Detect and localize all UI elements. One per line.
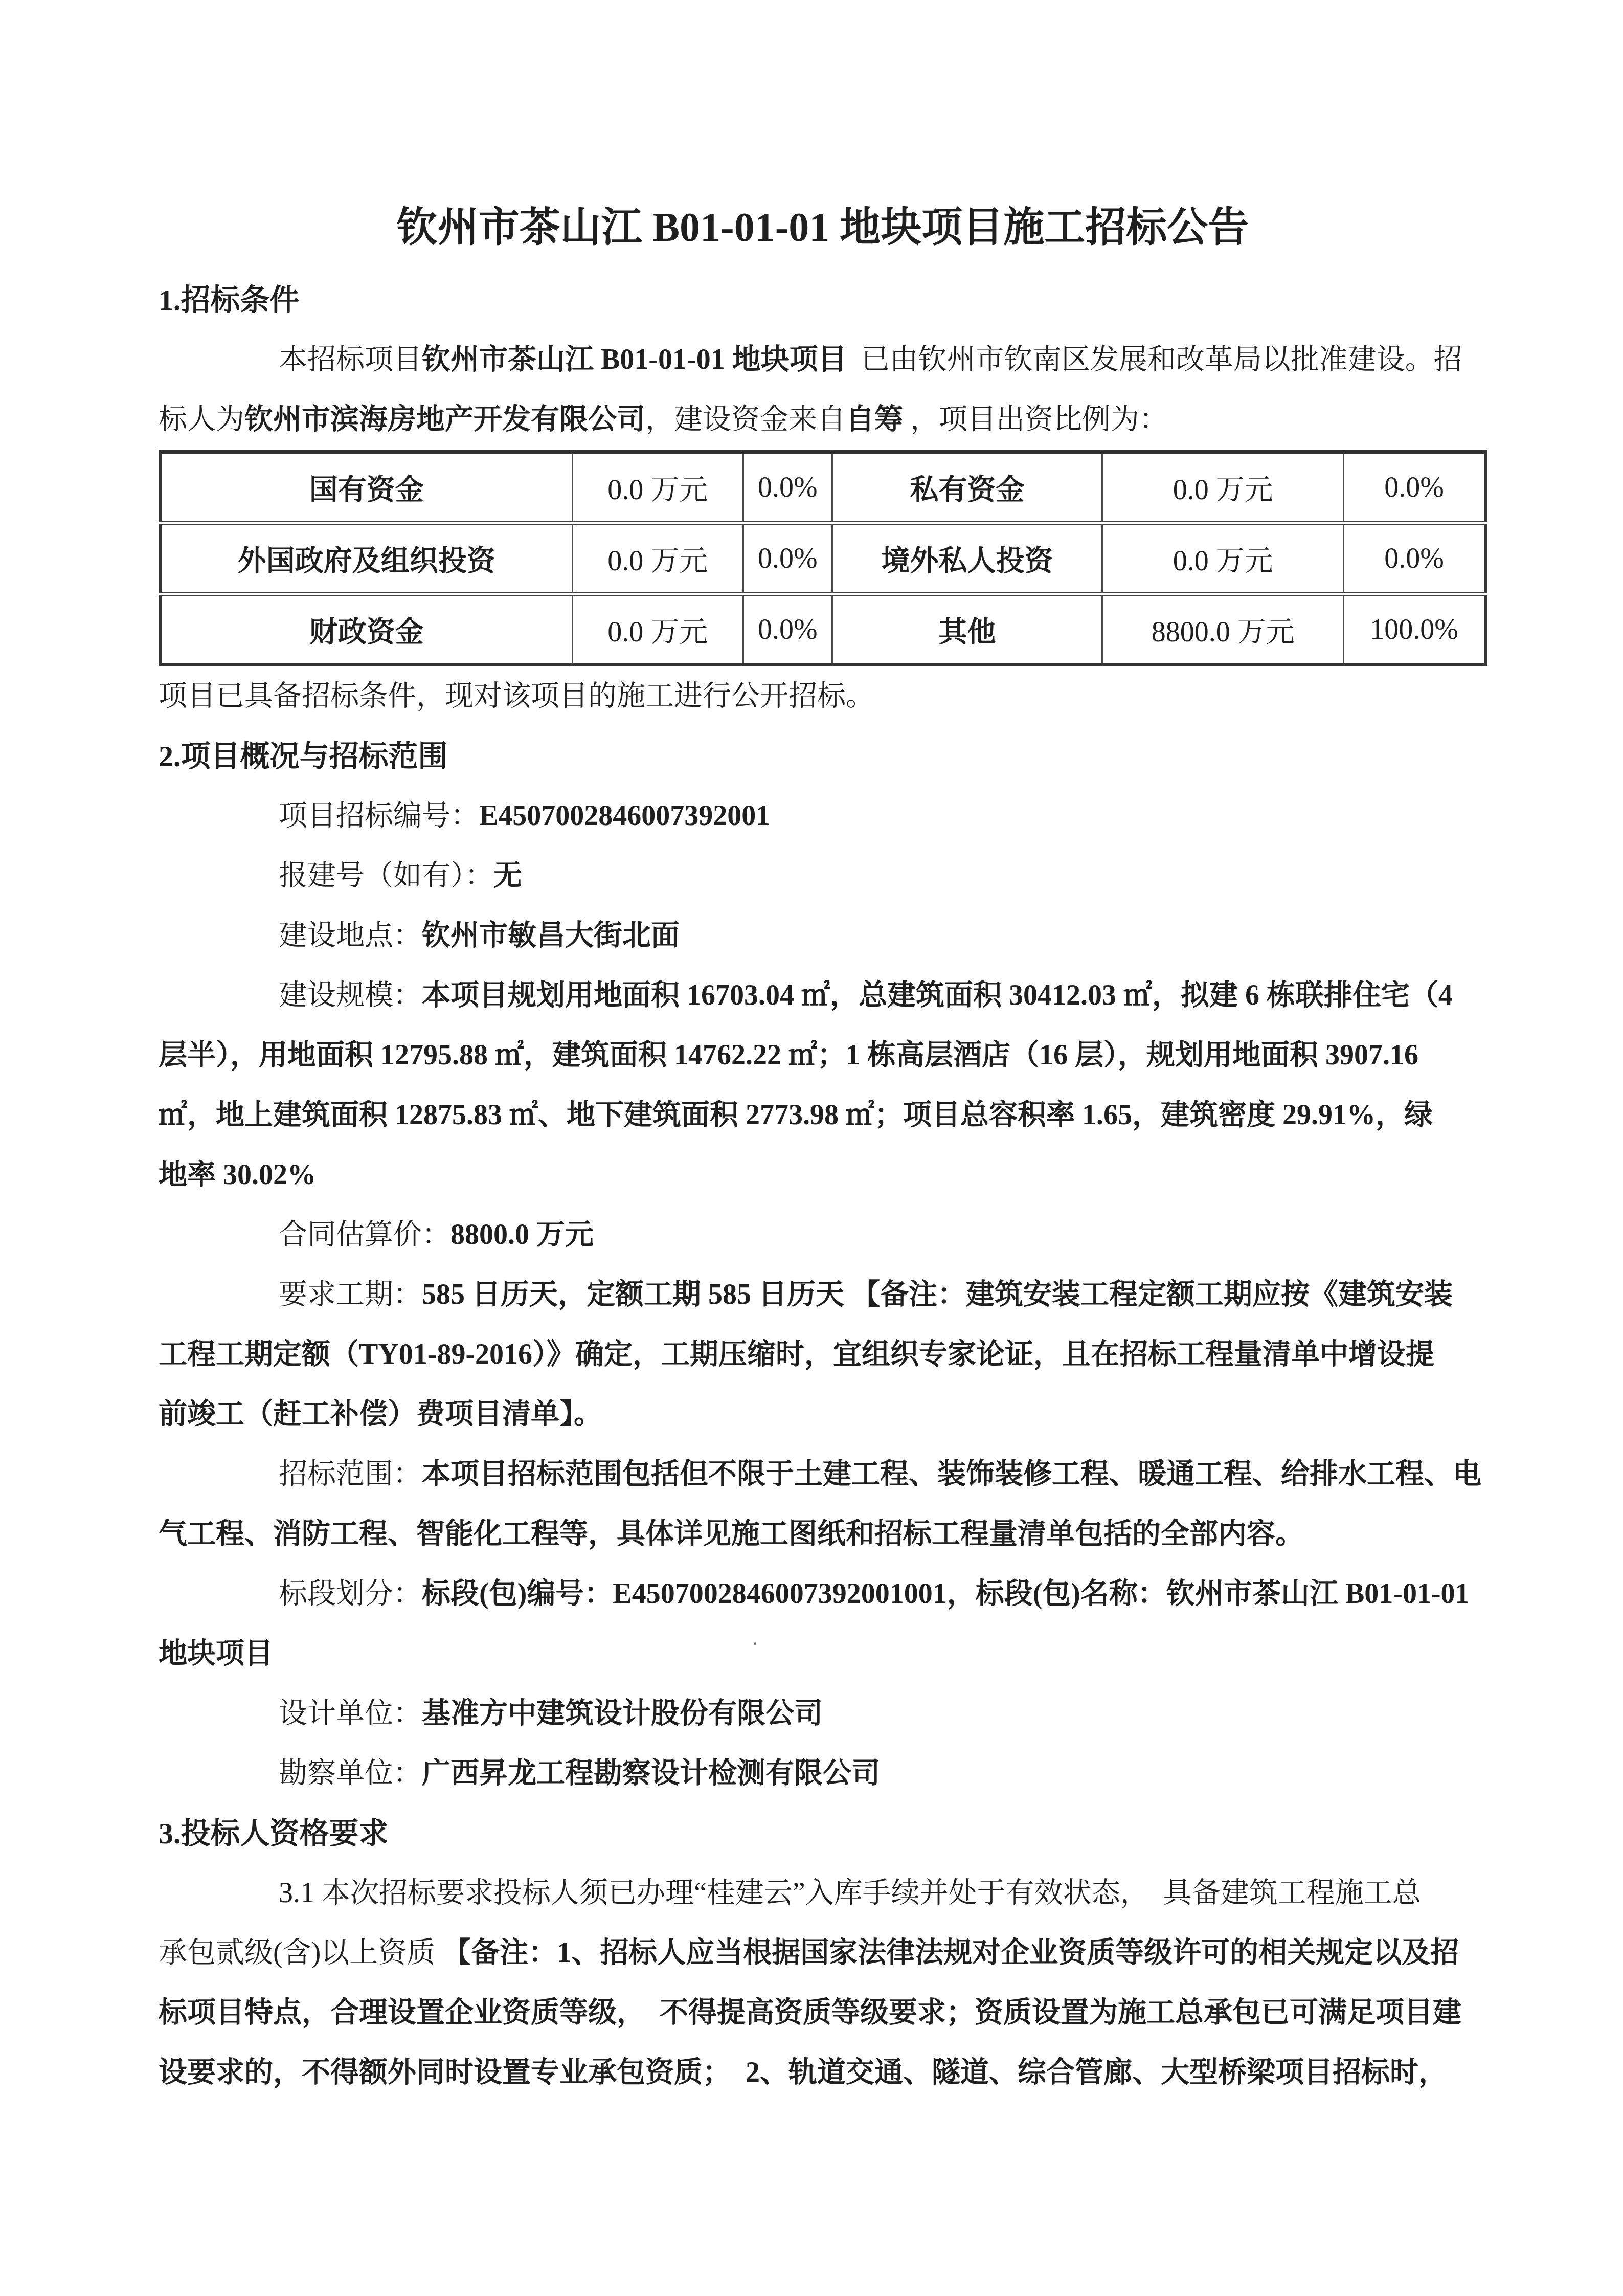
funding-table-cell: 0.0 万元 — [572, 452, 743, 523]
plain-text: 标段划分： — [279, 1578, 422, 1610]
section-3-heading: 3.投标人资格要求 — [159, 1803, 1487, 1863]
text-line: 地块项目 — [159, 1624, 1487, 1684]
emphasized-text: 基准方中建筑设计股份有限公司 — [422, 1698, 823, 1729]
tender-conditions-paragraph: 本招标项目钦州市茶山江 B01-01-01 地块项目 已由钦州市钦南区发展和改革… — [159, 330, 1487, 450]
design-unit-line: 设计单位：基准方中建筑设计股份有限公司 — [159, 1684, 1487, 1744]
emphasized-text: 标段(包)编号：E4507002846007392001001，标段(包)名称：… — [422, 1578, 1470, 1610]
construction-location-line: 建设地点：钦州市敏昌大街北面 — [159, 906, 1487, 966]
funding-table-cell: 0.0% — [743, 452, 832, 523]
text-line: 合同估算价：8800.0 万元 — [159, 1205, 1487, 1265]
plain-text: 勘察单位： — [279, 1757, 422, 1789]
tender-ready-line: 项目已具备招标条件，现对该项目的施工进行公开招标。 — [159, 666, 1487, 726]
plain-text: 承包贰级(含)以上资质 — [159, 1937, 442, 1969]
text-line: 项目招标编号：E4507002846007392001 — [159, 786, 1487, 846]
plain-text: 本招标项目 — [279, 344, 422, 375]
tender-scope-paragraph: 招标范围：本项目招标范围包括但不限于土建工程、装饰装修工程、暖通工程、给排水工程… — [159, 1444, 1487, 1564]
funding-table-cell: 0.0% — [743, 594, 832, 665]
funding-table-cell: 0.0 万元 — [572, 594, 743, 665]
funding-table-cell: 境外私人投资 — [832, 523, 1102, 594]
plain-text: 合同估算价： — [279, 1219, 450, 1251]
plain-text: 已由钦州市钦南区发展和改革局以批准建设。招 — [847, 344, 1462, 375]
scanned-document-page: 钦州市茶山江 B01-01-01 地块项目施工招标公告 1.招标条件 本招标项目… — [0, 0, 1623, 2296]
funding-ratio-table: 国有资金 0.0 万元 0.0% 私有资金 0.0 万元 0.0% 外国政府及组… — [159, 450, 1487, 666]
emphasized-text: 【备注：1、招标人应当根据国家法律法规对企业资质等级许可的相关规定以及招 — [442, 1937, 1459, 1969]
text-line: 建设地点：钦州市敏昌大街北面 — [159, 906, 1487, 966]
funding-table-cell: 外国政府及组织投资 — [160, 523, 572, 594]
funding-table-row: 外国政府及组织投资 0.0 万元 0.0% 境外私人投资 0.0 万元 0.0% — [160, 523, 1485, 594]
text-line: 气工程、消防工程、智能化工程等，具体详见施工图纸和招标工程量清单包括的全部内容。 — [159, 1504, 1487, 1564]
emphasized-text: 前竣工（赶工补偿）费项目清单】。 — [159, 1398, 602, 1430]
funding-table-cell: 0.0% — [1344, 452, 1485, 523]
emphasized-text: 设要求的，不得额外同时设置专业承包资质； 2、轨道交通、隧道、综合管廊、大型桥梁… — [159, 2057, 1447, 2088]
funding-table-cell: 0.0% — [1344, 523, 1485, 594]
emphasized-text: 本项目规划用地面积 16703.04 ㎡，总建筑面积 30412.03 ㎡，拟建… — [422, 979, 1453, 1011]
text-line: ㎡，地上建筑面积 12875.83 ㎡、地下建筑面积 2773.98 ㎡；项目总… — [159, 1085, 1487, 1145]
plain-text: 3.1 本次招标要求投标人须已办理“桂建云”入库手续并处于有效状态， 具备建筑工… — [279, 1877, 1421, 1909]
funding-table-row: 国有资金 0.0 万元 0.0% 私有资金 0.0 万元 0.0% — [160, 452, 1485, 523]
emphasized-text: E4507002846007392001 — [479, 800, 770, 832]
required-duration-paragraph: 要求工期：585 日历天，定额工期 585 日历天 【备注：建筑安装工程定额工期… — [159, 1265, 1487, 1444]
emphasized-text: 无 — [493, 860, 522, 891]
text-line: 报建号（如有）：无 — [159, 846, 1487, 906]
plain-text: 项目招标编号： — [279, 800, 479, 832]
funding-table-cell: 国有资金 — [160, 452, 572, 523]
plain-text: 项目已具备招标条件，现对该项目的施工进行公开招标。 — [159, 680, 874, 712]
emphasized-text: 地率 30.02% — [159, 1159, 316, 1191]
funding-table-cell: 私有资金 — [832, 452, 1102, 523]
emphasized-text: 气工程、消防工程、智能化工程等，具体详见施工图纸和招标工程量清单包括的全部内容。 — [159, 1518, 1304, 1550]
bid-section-division-paragraph: 标段划分：标段(包)编号：E4507002846007392001001，标段(… — [159, 1564, 1487, 1684]
funding-table-cell: 8800.0 万元 — [1102, 594, 1344, 665]
funding-table-cell: 其他 — [832, 594, 1102, 665]
emphasized-text: 广西昇龙工程勘察设计检测有限公司 — [422, 1757, 880, 1789]
emphasized-text: 585 日历天，定额工期 585 日历天 【备注：建筑安装工程定额工期应按《建筑… — [422, 1279, 1453, 1310]
filing-number-line: 报建号（如有）：无 — [159, 846, 1487, 906]
emphasized-text: 钦州市茶山江 B01-01-01 地块项目 — [422, 344, 847, 375]
construction-scale-paragraph: 建设规模：本项目规划用地面积 16703.04 ㎡，总建筑面积 30412.03… — [159, 966, 1487, 1205]
text-line: 标人为钦州市滨海房地产开发有限公司，建设资金来自自筹 ，项目出资比例为： — [159, 390, 1487, 450]
contract-estimate-line: 合同估算价：8800.0 万元 — [159, 1205, 1487, 1265]
emphasized-text: 自筹 — [846, 404, 903, 435]
text-line: 3.1 本次招标要求投标人须已办理“桂建云”入库手续并处于有效状态， 具备建筑工… — [159, 1863, 1487, 1923]
document-title: 钦州市茶山江 B01-01-01 地块项目施工招标公告 — [159, 199, 1487, 256]
text-line: 项目已具备招标条件，现对该项目的施工进行公开招标。 — [159, 666, 1487, 726]
text-line: 标段划分：标段(包)编号：E4507002846007392001001，标段(… — [159, 1564, 1487, 1624]
text-line: 工程工期定额（TY01-89-2016）》确定，工期压缩时，宜组织专家论证，且在… — [159, 1325, 1487, 1385]
emphasized-text: 本项目招标范围包括但不限于土建工程、装饰装修工程、暖通工程、给排水工程、电 — [422, 1458, 1481, 1490]
bidder-qualification-paragraph: 3.1 本次招标要求投标人须已办理“桂建云”入库手续并处于有效状态， 具备建筑工… — [159, 1863, 1487, 2103]
funding-table-cell: 0.0 万元 — [572, 523, 743, 594]
emphasized-text: 标项目特点，合理设置企业资质等级， 不得提高资质等级要求；资质设置为施工总承包已… — [159, 1997, 1461, 2028]
text-line: 标项目特点，合理设置企业资质等级， 不得提高资质等级要求；资质设置为施工总承包已… — [159, 1983, 1487, 2043]
funding-table-cell: 0.0% — [743, 523, 832, 594]
text-line: 地率 30.02% — [159, 1145, 1487, 1205]
plain-text: 建设规模： — [279, 979, 422, 1011]
plain-text: 设计单位： — [279, 1698, 422, 1729]
text-line: 要求工期：585 日历天，定额工期 585 日历天 【备注：建筑安装工程定额工期… — [159, 1265, 1487, 1325]
plain-text: 标人为 — [159, 404, 244, 435]
funding-table-cell: 100.0% — [1344, 594, 1485, 665]
project-tender-number-line: 项目招标编号：E4507002846007392001 — [159, 786, 1487, 846]
text-line: 承包贰级(含)以上资质 【备注：1、招标人应当根据国家法律法规对企业资质等级许可… — [159, 1923, 1487, 1983]
emphasized-text: 地块项目 — [159, 1638, 273, 1669]
plain-text: 招标范围： — [279, 1458, 422, 1490]
text-line: 招标范围：本项目招标范围包括但不限于土建工程、装饰装修工程、暖通工程、给排水工程… — [159, 1444, 1487, 1504]
funding-table-row: 财政资金 0.0 万元 0.0% 其他 8800.0 万元 100.0% — [160, 594, 1485, 665]
text-line: 建设规模：本项目规划用地面积 16703.04 ㎡，总建筑面积 30412.03… — [159, 966, 1487, 1026]
text-line: 设计单位：基准方中建筑设计股份有限公司 — [159, 1684, 1487, 1744]
scan-artifact-dot: · — [752, 1632, 758, 1656]
funding-table-cell: 0.0 万元 — [1102, 523, 1344, 594]
funding-table-cell: 0.0 万元 — [1102, 452, 1344, 523]
text-line: 前竣工（赶工补偿）费项目清单】。 — [159, 1385, 1487, 1444]
text-line: 勘察单位：广西昇龙工程勘察设计检测有限公司 — [159, 1744, 1487, 1803]
emphasized-text: 钦州市敏昌大街北面 — [422, 920, 680, 951]
emphasized-text: ㎡，地上建筑面积 12875.83 ㎡、地下建筑面积 2773.98 ㎡；项目总… — [159, 1099, 1433, 1131]
plain-text: ，项目出资比例为： — [903, 404, 1168, 435]
plain-text: 要求工期： — [279, 1279, 422, 1310]
plain-text: 报建号（如有）： — [279, 860, 493, 891]
emphasized-text: 层半），用地面积 12795.88 ㎡，建筑面积 14762.22 ㎡；1 栋高… — [159, 1039, 1418, 1071]
text-line: 本招标项目钦州市茶山江 B01-01-01 地块项目 已由钦州市钦南区发展和改革… — [159, 330, 1487, 390]
emphasized-text: 钦州市滨海房地产开发有限公司 — [244, 404, 645, 435]
survey-unit-line: 勘察单位：广西昇龙工程勘察设计检测有限公司 — [159, 1744, 1487, 1803]
emphasized-text: 工程工期定额（TY01-89-2016）》确定，工期压缩时，宜组织专家论证，且在… — [159, 1339, 1434, 1370]
plain-text: 建设地点： — [279, 920, 422, 951]
section-1-heading: 1.招标条件 — [159, 270, 1487, 330]
emphasized-text: 8800.0 万元 — [450, 1219, 594, 1251]
text-line: 设要求的，不得额外同时设置专业承包资质； 2、轨道交通、隧道、综合管廊、大型桥梁… — [159, 2043, 1487, 2103]
text-line: 层半），用地面积 12795.88 ㎡，建筑面积 14762.22 ㎡；1 栋高… — [159, 1026, 1487, 1085]
plain-text: ，建设资金来自 — [645, 404, 846, 435]
document-content: 钦州市茶山江 B01-01-01 地块项目施工招标公告 1.招标条件 本招标项目… — [159, 199, 1487, 2103]
section-2-heading: 2.项目概况与招标范围 — [159, 726, 1487, 786]
funding-table-cell: 财政资金 — [160, 594, 572, 665]
